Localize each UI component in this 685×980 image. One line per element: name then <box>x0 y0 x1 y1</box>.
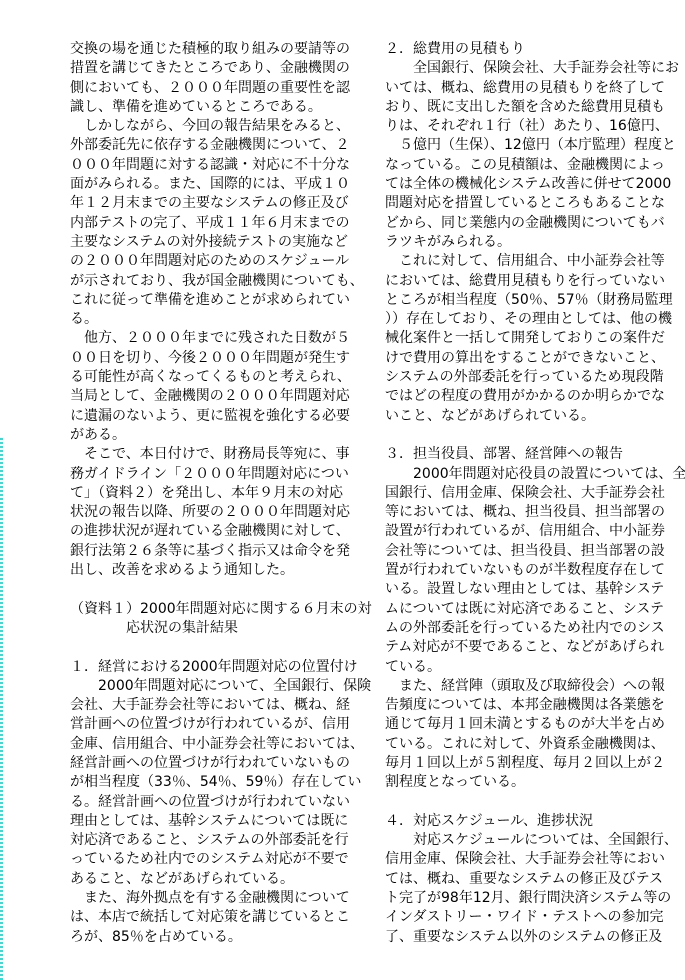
text-line: 全国銀行、保険会社、大手証券会社等にお <box>385 59 675 78</box>
text-line: 年１２月末までの主要なシステムの修正及び <box>70 194 360 213</box>
text-line: ２．総費用の見積もり <box>385 40 675 59</box>
text-line: また、海外拠点を有する金融機関について <box>70 889 360 908</box>
text-line: 措置を講じてきたところであり、金融機関の <box>70 59 360 78</box>
text-line: る可能性が高くなってくるものと考えられ、 <box>70 368 360 387</box>
text-line: の２０００年問題対応のためのスケジュール <box>70 252 360 271</box>
text-line: 会社等については、担当役員、担当部署の設 <box>385 542 675 561</box>
text-line: これに従って準備を進めことが求められてい <box>70 291 360 310</box>
text-line: 了、重要なシステム以外のシステムの修正及 <box>385 928 675 947</box>
text-line: しかしながら、今回の報告結果をみると、 <box>70 117 360 136</box>
text-line: 2000年問題対応について、全国銀行、保険 <box>70 677 360 696</box>
text-line: そこで、本日付けで、財務局長等宛に、事 <box>70 445 360 464</box>
text-line: 国銀行、信用金庫、保険会社、大手証券会社 <box>385 484 675 503</box>
text-line: 状況の報告以降、所要の２０００年問題対応 <box>70 503 360 522</box>
text-line: ））存在しており、その理由としては、他の機 <box>385 310 675 329</box>
text-line: ムについては既に対応済であること、システ <box>385 600 675 619</box>
text-line: が示されており、我が国金融機関についても、 <box>70 272 360 291</box>
text-line: ００日を切り、今後２０００年問題が発生す <box>70 349 360 368</box>
text-line: ては、概ね、重要なシステムの修正及びテス <box>385 870 675 889</box>
text-line: ではどの程度の費用がかかるのか明らかでな <box>385 387 675 406</box>
text-line: 金庫、信用組合、中小証券会社等においては、 <box>70 735 360 754</box>
text-line: ところが相当程度（50％、57％（財務局監理 <box>385 291 675 310</box>
text-line: 理由としては、基幹システムについては既に <box>70 812 360 831</box>
text-line: ている。これに対して、外資系金融機関は、 <box>385 735 675 754</box>
text-line: に遺漏のないよう、更に監視を強化する必要 <box>70 407 360 426</box>
text-line: いる。設置しない理由としては、基幹システ <box>385 580 675 599</box>
text-line: 主要なシステムの対外接続テストの実施など <box>70 233 360 252</box>
text-line: の進捗状況が遅れている金融機関に対して、 <box>70 522 360 541</box>
text-line: 設置が行われているが、信用組合、中小証券 <box>385 522 675 541</box>
text-line: １．経営における2000年問題対応の位置付け <box>70 658 360 677</box>
text-line: けで費用の算出をすることができないこと、 <box>385 349 675 368</box>
text-line: 2000年問題対応役員の設置については、全 <box>385 465 675 484</box>
text-line: どから、同じ業態内の金融機関についてもバ <box>385 214 675 233</box>
text-line: 置が行われていないものが半数程度存在して <box>385 561 675 580</box>
text-line: 側においても、２０００年問題の重要性を認 <box>70 79 360 98</box>
text-line: ている。 <box>385 658 675 677</box>
text-line: っているため社内でのシステム対応が不要で <box>70 850 360 869</box>
text-line: 械化案件と一括して開発しておりこの案件だ <box>385 329 675 348</box>
text-line: る。 <box>70 310 360 329</box>
left-edge-accent-line <box>0 438 3 980</box>
text-line: 応状況の集計結果 <box>70 619 360 638</box>
text-line: 識し、準備を進めているところである。 <box>70 98 360 117</box>
text-line: いこと、などがあげられている。 <box>385 407 675 426</box>
text-line: 外部委託先に依存する金融機関について、２ <box>70 136 360 155</box>
text-line: 出し、改善を求めるよう通知した。 <box>70 561 360 580</box>
text-line: おり、既に支出した額を含めた総費用見積も <box>385 98 675 117</box>
text-line: がある。 <box>70 426 360 445</box>
text-line: いては、概ね、総費用の見積もりを終了して <box>385 79 675 98</box>
text-line: システムの外部委託を行っているため現段階 <box>385 368 675 387</box>
text-line: ４．対応スケジュール、進捗状況 <box>385 812 675 831</box>
text-line: る。経営計画への位置づけが行われていない <box>70 793 360 812</box>
text-line: 毎月１回以上が５割程度、毎月２回以上が２ <box>385 754 675 773</box>
text-line: は、本店で統括して対応策を講じているとこ <box>70 908 360 927</box>
text-line: 対応済であること、システムの外部委託を行 <box>70 831 360 850</box>
text-line: 信用金庫、保険会社、大手証券会社等におい <box>385 850 675 869</box>
text-line: 等においては、概ね、担当役員、担当部署の <box>385 503 675 522</box>
text-line: においては、総費用見積もりを行っていない <box>385 272 675 291</box>
text-line <box>385 793 675 812</box>
text-line: ラツキがみられる。 <box>385 233 675 252</box>
text-line: テム対応が不要であること、などがあげられ <box>385 638 675 657</box>
text-line: 通じて毎月１回未満とするものが大半を占め <box>385 715 675 734</box>
text-line: 交換の場を通じた積極的取り組みの要請等の <box>70 40 360 59</box>
text-line: 告頻度については、本邦金融機関は各業態を <box>385 696 675 715</box>
text-line <box>70 638 360 657</box>
text-line: ５億円（生保）、12億円（本庁監理）程度と <box>385 136 675 155</box>
text-line: ト完了が98年12月、銀行間決済システム等の <box>385 889 675 908</box>
text-line: あること、などがあげられている。 <box>70 870 360 889</box>
text-line: （資料１）2000年問題対応に関する６月末の対 <box>70 600 360 619</box>
text-line: 営計画への位置づけが行われているが、信用 <box>70 715 360 734</box>
text-line: て」（資料２）を発出し、本年９月末の対応 <box>70 484 360 503</box>
text-line: 内部テストの完了、平成１１年６月末までの <box>70 214 360 233</box>
text-line: これに対して、信用組合、中小証券会社等 <box>385 252 675 271</box>
text-line: ろが、85％を占めている。 <box>70 928 360 947</box>
document-page: 交換の場を通じた積極的取り組みの要請等の措置を講じてきたところであり、金融機関の… <box>0 0 685 980</box>
right-column: ２．総費用の見積もり 全国銀行、保険会社、大手証券会社等においては、概ね、総費用… <box>385 40 675 947</box>
text-line: 経営計画への位置づけが行われていないもの <box>70 754 360 773</box>
text-line: 当局として、金融機関の２０００年問題対応 <box>70 387 360 406</box>
text-line: 問題対応を措置しているところもあることな <box>385 194 675 213</box>
text-line: インダストリー・ワイド・テストへの参加完 <box>385 908 675 927</box>
text-line: 他方、２０００年までに残された日数が５ <box>70 329 360 348</box>
text-line: また、経営陣（頭取及び取締役会）への報 <box>385 677 675 696</box>
text-line: 銀行法第２６条等に基づく指示又は命令を発 <box>70 542 360 561</box>
text-line: 割程度となっている。 <box>385 773 675 792</box>
text-line: 対応スケジュールについては、全国銀行、 <box>385 831 675 850</box>
text-line <box>70 580 360 599</box>
text-line: 務ガイドライン「２０００年問題対応につい <box>70 465 360 484</box>
text-line: ３．担当役員、部署、経営陣への報告 <box>385 445 675 464</box>
text-line: 面がみられる。また、国際的には、平成１０ <box>70 175 360 194</box>
text-line: が相当程度（33％、54％、59％）存在してい <box>70 773 360 792</box>
text-line: ムの外部委託を行っているため社内でのシス <box>385 619 675 638</box>
text-line: ては全体の機械化システム改善に併せて2000 <box>385 175 675 194</box>
text-line: ０００年問題に対する認識・対応に不十分な <box>70 156 360 175</box>
text-line: りは、それぞれ１行（社）あたり、16億円、 <box>385 117 675 136</box>
text-line <box>385 426 675 445</box>
left-column: 交換の場を通じた積極的取り組みの要請等の措置を講じてきたところであり、金融機関の… <box>70 40 360 947</box>
text-line: 会社、大手証券会社等においては、概ね、経 <box>70 696 360 715</box>
text-line: なっている。この見積額は、金融機関によっ <box>385 156 675 175</box>
